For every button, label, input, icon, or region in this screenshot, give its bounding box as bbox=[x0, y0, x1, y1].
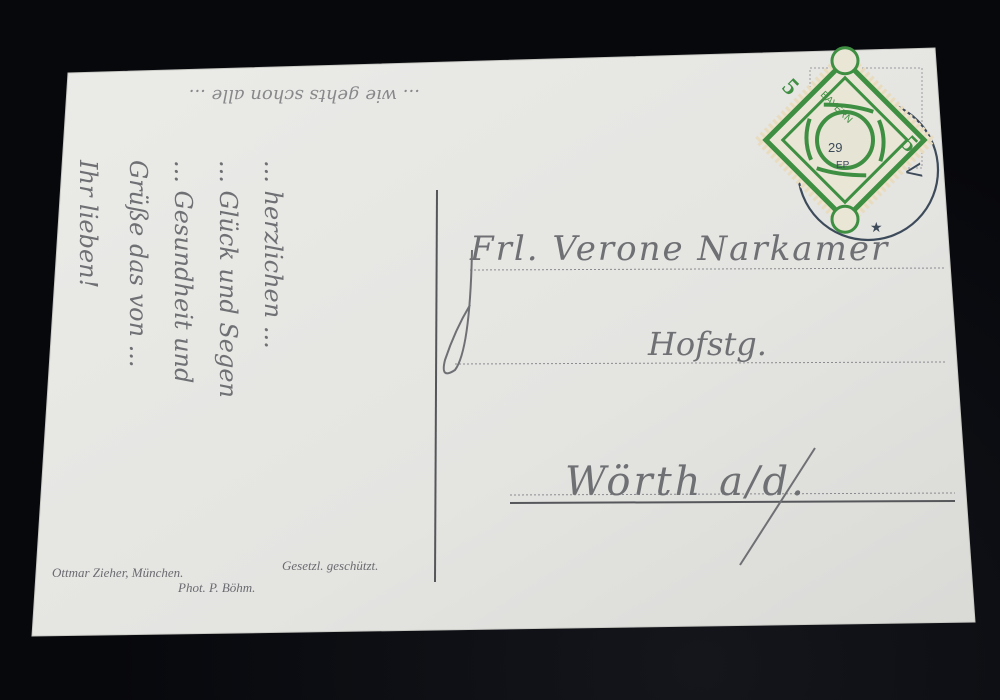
address-line-3: Wörth a/d. bbox=[565, 459, 807, 505]
address-line-2: Hofstg. bbox=[647, 325, 767, 363]
postmark-day: 29 bbox=[828, 140, 842, 155]
svg-text:... wie gehts schon alle ...: ... wie gehts schon alle ... bbox=[189, 85, 420, 106]
svg-text:Ihr lieben!: Ihr lieben! bbox=[74, 159, 102, 288]
address-line-1: Frl. Verone Narkamer bbox=[469, 229, 889, 269]
imprint-publisher: Ottmar Zieher, München. bbox=[52, 565, 183, 580]
svg-text:... Gesundheit und: ... Gesundheit und bbox=[169, 160, 197, 383]
imprint-photographer: Phot. P. Böhm. bbox=[177, 580, 255, 595]
handwritten-message-upside: ... wie gehts schon alle ... bbox=[189, 85, 420, 106]
postcard: V ★ 5 5 BAYERN 29 EP Frl. Verone Narkame… bbox=[0, 0, 1000, 700]
postmark-month: EP bbox=[836, 160, 850, 171]
svg-text:... herzlichen ...: ... herzlichen ... bbox=[259, 160, 287, 349]
imprint-copyright: Gesetzl. geschützt. bbox=[282, 558, 378, 573]
svg-text:... Glück und Segen: ... Glück und Segen bbox=[214, 160, 242, 398]
svg-text:Grüße das von ...: Grüße das von ... bbox=[124, 160, 152, 368]
